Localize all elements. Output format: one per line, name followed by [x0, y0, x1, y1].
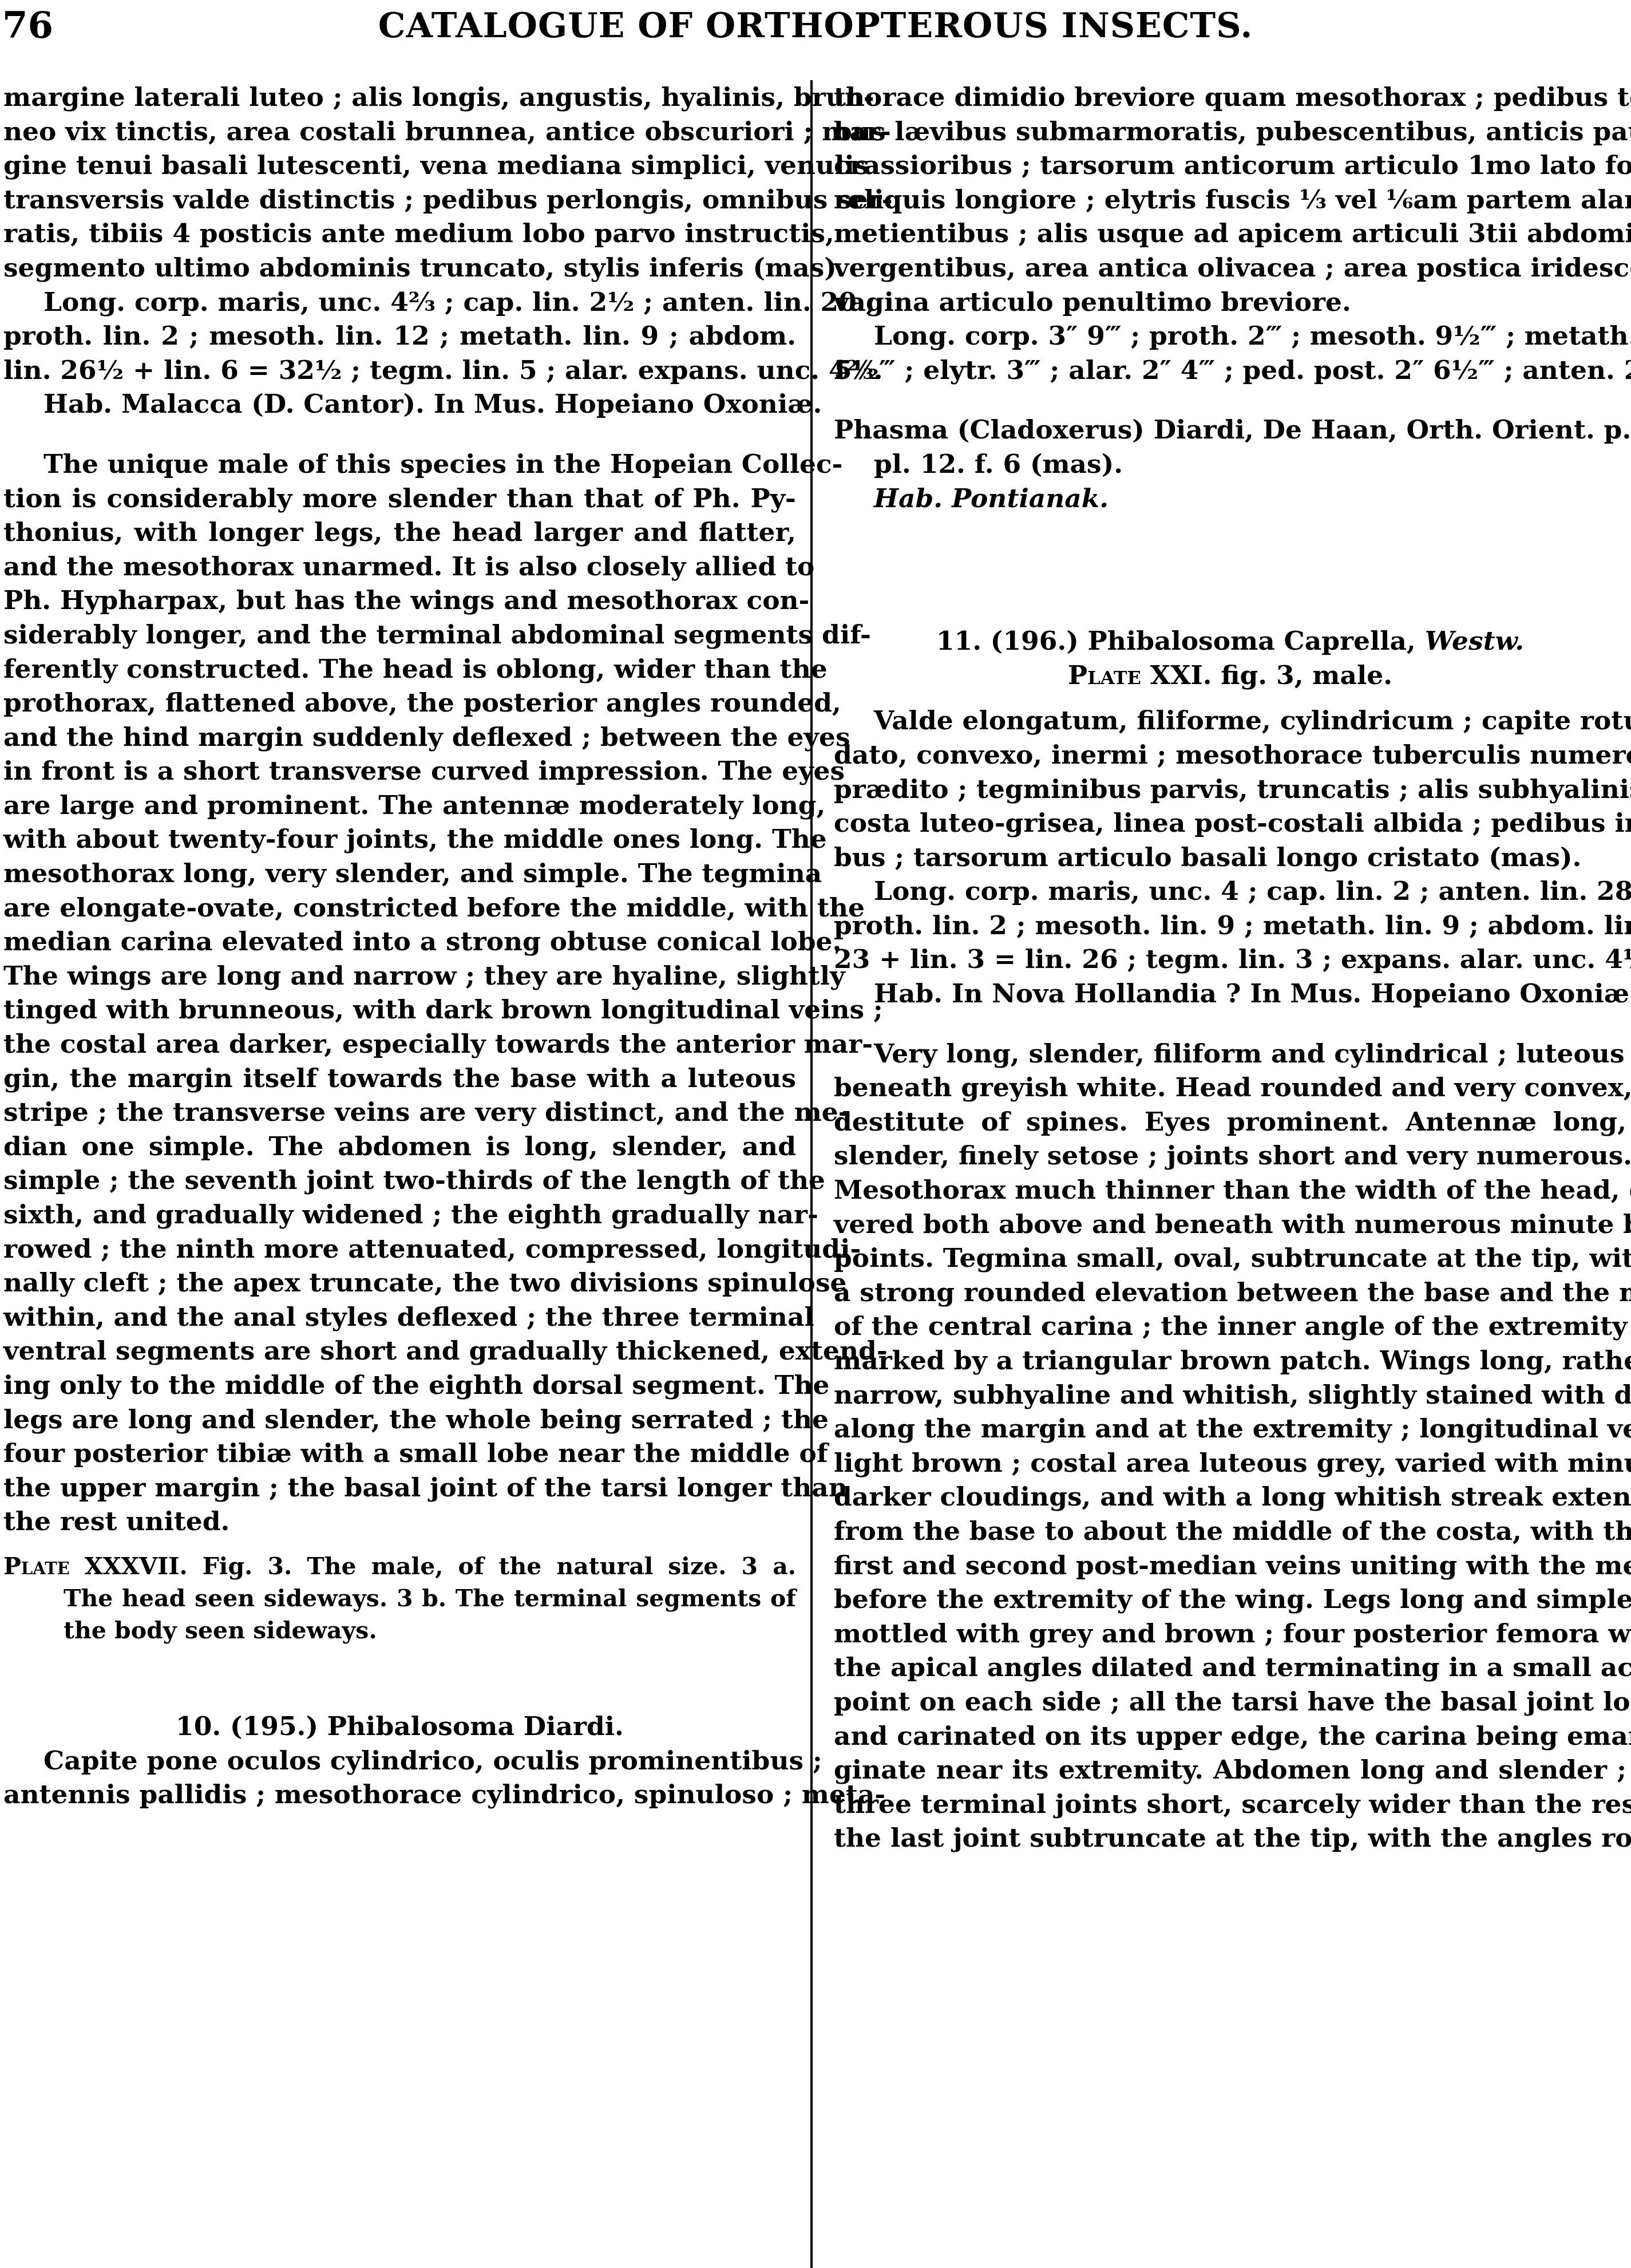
text-line: slender, finely setose ; joints short an…	[834, 1139, 1626, 1173]
species-diagnosis: Capite pone oculos cylindrico, oculis pr…	[3, 1744, 796, 1812]
text-line: dian one simple. The abdomen is long, sl…	[3, 1129, 796, 1164]
text-line: crassioribus ; tarsorum anticorum articu…	[834, 148, 1626, 183]
measurements: Long. corp. maris, unc. 4⅔ ; cap. lin. 2…	[3, 285, 796, 388]
text-line: thorace dimidio breviore quam mesothorax…	[834, 80, 1626, 114]
text-line: neo vix tinctis, area costali brunnea, a…	[3, 114, 796, 149]
text-line: Phasma (Cladoxerus) Diardi, De Haan, Ort…	[834, 413, 1626, 447]
text-line: the costal area darker, especially towar…	[3, 1027, 796, 1061]
text-line: Long. corp. 3″ 9‴ ; proth. 2‴ ; mesoth. …	[834, 319, 1626, 353]
measurements: Long. corp. maris, unc. 4 ; cap. lin. 2 …	[834, 874, 1626, 977]
text-line: gin, the margin itself towards the base …	[3, 1061, 796, 1096]
species-name: Phibalosoma Diardi.	[327, 1710, 624, 1741]
text-line: point on each side ; all the tarsi have …	[834, 1685, 1626, 1719]
text-line: siderably longer, and the terminal abdom…	[3, 618, 796, 652]
text-line: costa luteo-grisea, linea post-costali a…	[834, 806, 1626, 840]
text-line: proth. lin. 2 ; mesoth. lin. 9 ; metath.…	[834, 908, 1626, 943]
plate-ref: XXI. fig. 3, male.	[1150, 659, 1392, 690]
text-line: the upper margin ; the basal joint of th…	[3, 1471, 796, 1505]
text-line: Valde elongatum, filiforme, cylindricum …	[834, 704, 1626, 738]
text-line: the apical angles dilated and terminatin…	[834, 1650, 1626, 1685]
text-line: tion is considerably more slender than t…	[3, 481, 796, 516]
text-line: vergentibus, area antica olivacea ; area…	[834, 251, 1626, 285]
text-line: simple ; the seventh joint two-thirds of…	[3, 1163, 796, 1198]
text-line: and the hind margin suddenly deflexed ; …	[3, 720, 796, 754]
text-line: legs are long and slender, the whole bei…	[3, 1402, 796, 1437]
text-line: stripe ; the transverse veins are very d…	[3, 1095, 796, 1129]
text-line: lin. 26½ + lin. 6 = 32½ ; tegm. lin. 5 ;…	[3, 353, 796, 388]
measurements: Long. corp. 3″ 9‴ ; proth. 2‴ ; mesoth. …	[834, 319, 1626, 387]
text-line: The unique male of this species in the H…	[3, 447, 796, 481]
text-line: before the extremity of the wing. Legs l…	[834, 1582, 1626, 1617]
text-line: Long. corp. maris, unc. 4 ; cap. lin. 2 …	[834, 874, 1626, 908]
left-column: margine laterali luteo ; alis longis, an…	[3, 80, 796, 1812]
text-line: margine laterali luteo ; alis longis, an…	[3, 80, 796, 114]
text-line: Ph. Hypharpax, but has the wings and mes…	[3, 583, 796, 618]
text-line: metientibus ; alis usque ad apicem artic…	[834, 216, 1626, 251]
text-line: ratis, tibiis 4 posticis ante medium lob…	[3, 216, 796, 251]
text-line: the last joint subtruncate at the tip, w…	[834, 1821, 1626, 1855]
species-heading: 11. (196.) Phibalosoma Caprella, Westw.	[834, 624, 1626, 658]
text-line: three terminal joints short, scarcely wi…	[834, 1787, 1626, 1821]
text-line: vagina articulo penultimo breviore.	[834, 285, 1626, 319]
running-title: CATALOGUE OF ORTHOPTEROUS INSECTS.	[0, 0, 1631, 52]
synonymy: Phasma (Cladoxerus) Diardi, De Haan, Ort…	[834, 413, 1626, 481]
text-line: from the base to about the middle of the…	[834, 1514, 1626, 1548]
text-line: bus ; tarsorum articulo basali longo cri…	[834, 840, 1626, 875]
english-description: The unique male of this species in the H…	[3, 447, 796, 1539]
text-line: rowed ; the ninth more attenuated, compr…	[3, 1232, 796, 1266]
habitat: Hab. In Nova Hollandia ? In Mus. Hopeian…	[834, 977, 1626, 1011]
caption-line: The head seen sideways. 3 b. The termina…	[3, 1582, 796, 1614]
text-line: sixth, and gradually widened ; the eight…	[3, 1198, 796, 1232]
latin-diagnosis: Valde elongatum, filiforme, cylindricum …	[834, 704, 1626, 874]
text-line: a strong rounded elevation between the b…	[834, 1275, 1626, 1310]
habitat: Hab. Malacca (D. Cantor). In Mus. Hopeia…	[3, 387, 796, 421]
text-line: marked by a triangular brown patch. Wing…	[834, 1344, 1626, 1378]
text-line: antennis pallidis ; mesothorace cylindri…	[3, 1777, 796, 1812]
text-line: dato, convexo, inermi ; mesothorace tube…	[834, 738, 1626, 772]
species-number: 11. (196.)	[936, 625, 1079, 656]
latin-diagnosis-continued: thorace dimidio breviore quam mesothorax…	[834, 80, 1626, 319]
latin-diagnosis-continued: margine laterali luteo ; alis longis, an…	[3, 80, 796, 285]
text-line: 23 + lin. 3 = lin. 26 ; tegm. lin. 3 ; e…	[834, 942, 1626, 977]
text-line: ventral segments are short and gradually…	[3, 1334, 796, 1368]
text-line: first and second post-median veins uniti…	[834, 1548, 1626, 1583]
species-author: Westw.	[1425, 625, 1524, 656]
text-line: ginate near its extremity. Abdomen long …	[834, 1753, 1626, 1787]
text-line: destitute of spines. Eyes prominent. Ant…	[834, 1105, 1626, 1139]
text-line: median carina elevated into a strong obt…	[3, 924, 796, 959]
text-line: prothorax, flattened above, the posterio…	[3, 686, 796, 720]
plate-label: Plate	[1068, 659, 1141, 690]
text-line: within, and the anal styles deflexed ; t…	[3, 1300, 796, 1334]
text-line: of the central carina ; the inner angle …	[834, 1309, 1626, 1344]
text-line: reliquis longiore ; elytris fuscis ⅓ vel…	[834, 183, 1626, 217]
text-line: in front is a short transverse curved im…	[3, 754, 796, 788]
text-line: with about twenty-four joints, the middl…	[3, 822, 796, 856]
text-line: tinged with brunneous, with dark brown l…	[3, 993, 796, 1027]
text-line: the rest united.	[3, 1504, 796, 1539]
text-line: Mesothorax much thinner than the width o…	[834, 1173, 1626, 1207]
text-line: beneath greyish white. Head rounded and …	[834, 1070, 1626, 1105]
text-line: vered both above and beneath with numero…	[834, 1207, 1626, 1242]
text-line: points. Tegmina small, oval, subtruncate…	[834, 1241, 1626, 1275]
text-line: Very long, slender, filiform and cylindr…	[834, 1037, 1626, 1071]
plate-caption: Plate XXXVII. Fig. 3. The male, of the n…	[3, 1550, 796, 1646]
text-line: and carinated on its upper edge, the car…	[834, 1719, 1626, 1753]
text-line: 5½‴ ; elytr. 3‴ ; alar. 2″ 4‴ ; ped. pos…	[834, 353, 1626, 388]
text-line: are elongate-ovate, constricted before t…	[3, 891, 796, 925]
text-line: mesothorax long, very slender, and simpl…	[3, 856, 796, 891]
text-line: gine tenui basali lutescenti, vena media…	[3, 148, 796, 183]
caption-line: Plate XXXVII. Fig. 3. The male, of the n…	[3, 1550, 796, 1582]
text-line: mottled with grey and brown ; four poste…	[834, 1617, 1626, 1651]
text-line: and the mesothorax unarmed. It is also c…	[3, 550, 796, 584]
species-name: Phibalosoma Caprella,	[1088, 625, 1416, 656]
text-line: bus lævibus submarmoratis, pubescentibus…	[834, 114, 1626, 149]
text-line: segmento ultimo abdominis truncato, styl…	[3, 251, 796, 285]
english-description: Very long, slender, filiform and cylindr…	[834, 1037, 1626, 1855]
text-line: thonius, with longer legs, the head larg…	[3, 515, 796, 550]
page-header: 76 CATALOGUE OF ORTHOPTEROUS INSECTS.	[0, 0, 1631, 74]
text-line: proth. lin. 2 ; mesoth. lin. 12 ; metath…	[3, 319, 796, 353]
text-line: pl. 12. f. 6 (mas).	[834, 447, 1626, 481]
right-column: thorace dimidio breviore quam mesothorax…	[834, 80, 1626, 1855]
caption-line: the body seen sideways.	[3, 1614, 796, 1646]
species-heading: 10. (195.) Phibalosoma Diardi.	[3, 1709, 796, 1744]
text-line: ferently constructed. The head is oblong…	[3, 652, 796, 686]
text-line: The wings are long and narrow ; they are…	[3, 959, 796, 993]
text-line: prædito ; tegminibus parvis, truncatis ;…	[834, 772, 1626, 807]
text-line: ing only to the middle of the eighth dor…	[3, 1368, 796, 1402]
text-line: Capite pone oculos cylindrico, oculis pr…	[3, 1744, 796, 1778]
text-line: Long. corp. maris, unc. 4⅔ ; cap. lin. 2…	[3, 285, 796, 319]
text-line: darker cloudings, and with a long whitis…	[834, 1480, 1626, 1514]
text-line: along the margin and at the extremity ; …	[834, 1412, 1626, 1446]
species-number: 10. (195.)	[176, 1710, 318, 1741]
text-line: are large and prominent. The antennæ mod…	[3, 788, 796, 823]
text-line: light brown ; costal area luteous grey, …	[834, 1446, 1626, 1480]
text-line: four posterior tibiæ with a small lobe n…	[3, 1436, 796, 1471]
plate-reference: Plate XXI. fig. 3, male.	[834, 658, 1626, 693]
text-line: narrow, subhyaline and whitish, slightly…	[834, 1378, 1626, 1412]
plate-label: Plate	[3, 1552, 70, 1580]
habitat: Hab. Pontianak.	[834, 481, 1626, 516]
text-line: nally cleft ; the apex truncate, the two…	[3, 1266, 796, 1300]
text-line: transversis valde distinctis ; pedibus p…	[3, 183, 796, 217]
